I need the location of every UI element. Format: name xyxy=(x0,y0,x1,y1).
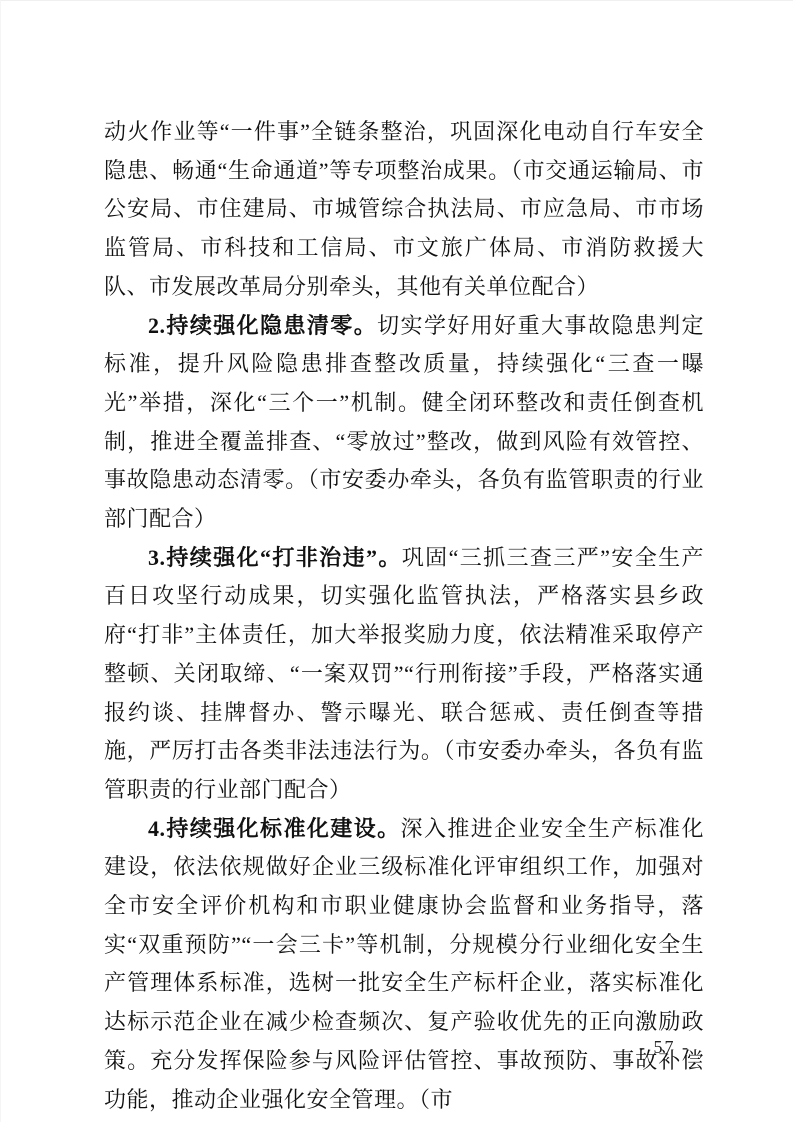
paragraph-text: 巩固“三抓三查三严”安全生产百日攻坚行动成果，切实强化监管执法，严格落实县乡政府… xyxy=(104,545,704,802)
paragraph-item-3: 3.持续强化“打非治违”。巩固“三抓三查三严”安全生产百日攻坚行动成果，切实强化… xyxy=(104,539,704,810)
document-body: 动火作业等“一件事”全链条整治，巩固深化电动自行车安全隐患、畅通“生命通道”等专… xyxy=(104,113,704,1119)
paragraph-item-2: 2.持续强化隐患清零。切实学好用好重大事故隐患判定标准，提升风险隐患排查整改质量… xyxy=(104,307,704,539)
paragraph-text: 深入推进企业安全生产标准化建设，依法依规做好企业三级标准化评审组织工作，加强对全… xyxy=(104,816,704,1112)
paragraph-lead: 2.持续强化隐患清零。 xyxy=(148,313,377,338)
paragraph-continuation: 动火作业等“一件事”全链条整治，巩固深化电动自行车安全隐患、畅通“生命通道”等专… xyxy=(104,113,704,307)
page-number: - 57 - xyxy=(639,1037,690,1058)
document-page: { "document": { "background_color": "#ff… xyxy=(0,0,793,1122)
paragraph-lead: 3.持续强化“打非治违”。 xyxy=(148,545,402,570)
paragraph-text: 动火作业等“一件事”全链条整治，巩固深化电动自行车安全隐患、畅通“生命通道”等专… xyxy=(104,119,704,299)
paragraph-text: 切实学好用好重大事故隐患判定标准，提升风险隐患排查整改质量，持续强化“三查一曝光… xyxy=(104,313,704,532)
paragraph-lead: 4.持续强化标准化建设。 xyxy=(148,816,401,841)
paragraph-item-4: 4.持续强化标准化建设。深入推进企业安全生产标准化建设，依法依规做好企业三级标准… xyxy=(104,810,704,1120)
